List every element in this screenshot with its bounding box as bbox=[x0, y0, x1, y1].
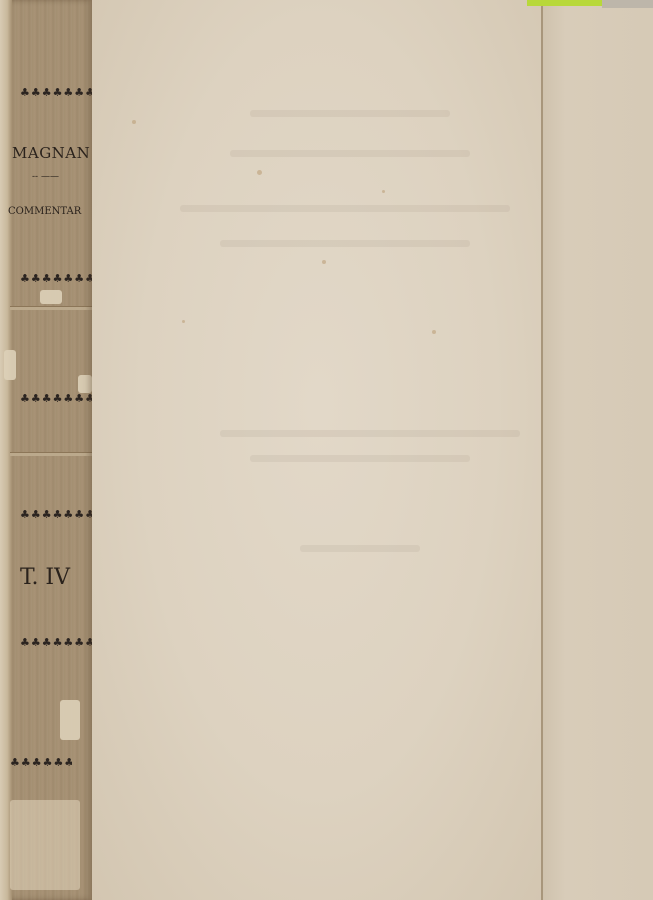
bleed-through-line bbox=[230, 150, 470, 157]
spine-subtitle: COMMENTAR bbox=[8, 206, 100, 217]
blank-page bbox=[92, 0, 545, 900]
spine-wear bbox=[4, 350, 16, 380]
bleed-through-line bbox=[250, 110, 450, 117]
page-fold bbox=[541, 0, 543, 900]
background-surface bbox=[602, 0, 653, 8]
page-edge-right bbox=[541, 0, 653, 900]
spine-ornament-3: ♣♣♣♣♣♣♣ bbox=[16, 392, 100, 405]
spine-ornament-2: ♣♣♣♣♣♣♣ bbox=[16, 272, 100, 285]
bleed-through-line bbox=[220, 430, 520, 437]
foxing-spot bbox=[382, 190, 385, 193]
foxing-spot bbox=[322, 260, 326, 264]
spine-band bbox=[10, 306, 102, 310]
book-spine: ♣♣♣♣♣♣♣ MAGNAN -- —— COMMENTAR ♣♣♣♣♣♣♣ ♣… bbox=[0, 0, 104, 900]
bleed-through-line bbox=[180, 205, 510, 212]
bleed-through-line bbox=[300, 545, 420, 552]
spine-wear bbox=[10, 800, 80, 890]
spine-ornament-6: ♣♣♣♣♣♣♣ bbox=[10, 756, 72, 769]
spine-title: MAGNAN bbox=[12, 144, 104, 162]
bleed-through-line bbox=[250, 455, 470, 462]
spine-band bbox=[10, 452, 102, 456]
spine-ornament-4: ♣♣♣♣♣♣♣ bbox=[16, 508, 100, 521]
foxing-spot bbox=[257, 170, 262, 175]
foxing-spot bbox=[182, 320, 185, 323]
spine-wear bbox=[60, 700, 80, 740]
spine-ornament-5: ♣♣♣♣♣♣♣ bbox=[16, 636, 100, 649]
foxing-spot bbox=[132, 120, 136, 124]
bleed-through-line bbox=[220, 240, 470, 247]
foxing-spot bbox=[432, 330, 436, 334]
spine-wear bbox=[40, 290, 62, 304]
sticky-tab bbox=[527, 0, 602, 6]
spine-ornament-1: ♣♣♣♣♣♣♣ bbox=[16, 86, 100, 99]
spine-wear bbox=[78, 375, 92, 393]
